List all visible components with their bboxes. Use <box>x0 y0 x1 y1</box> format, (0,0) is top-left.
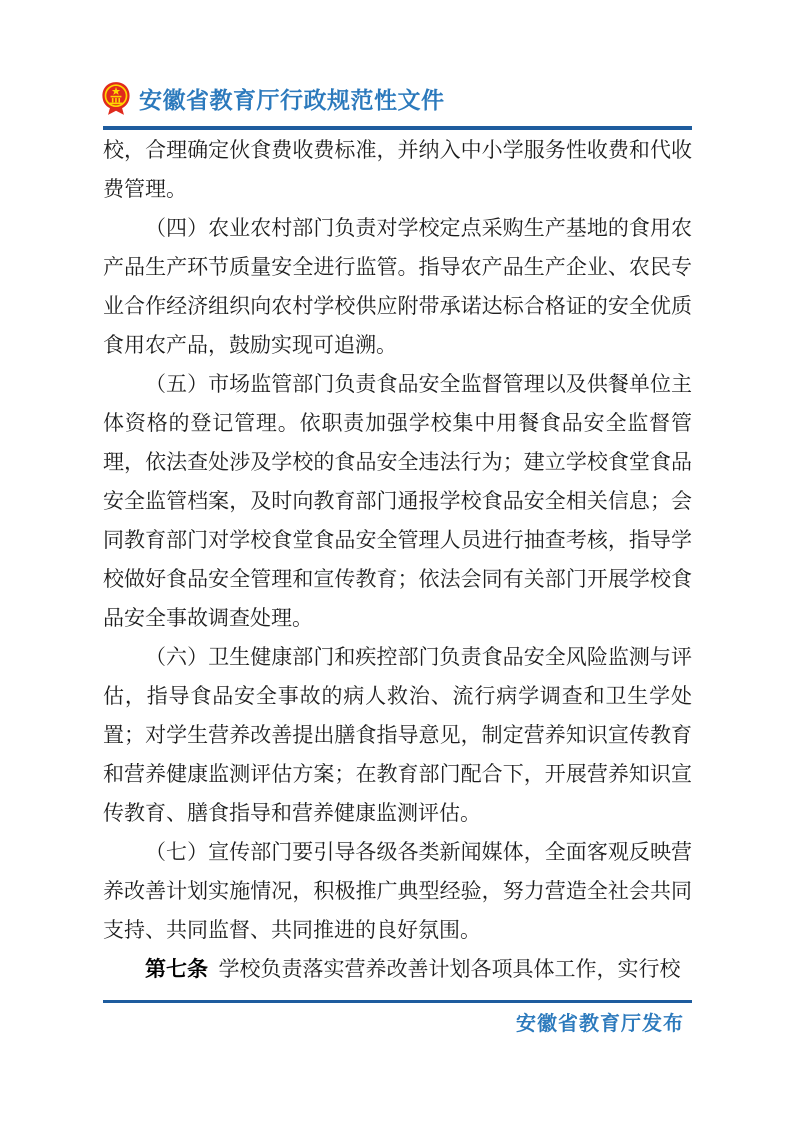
body-paragraph: 校，合理确定伙食费收费标准，并纳入中小学服务性收费和代收费管理。 <box>103 131 692 209</box>
body-paragraph: 第七条学校负责落实营养改善计划各项具体工作，实行校 <box>103 950 692 989</box>
document-body: 校，合理确定伙食费收费标准，并纳入中小学服务性收费和代收费管理。（四）农业农村部… <box>103 131 692 989</box>
footer-divider <box>103 1000 692 1003</box>
document-header: 安徽省教育厅行政规范性文件 <box>101 81 692 116</box>
body-paragraph: （六）卫生健康部门和疾控部门负责食品安全风险监测与评估，指导食品安全事故的病人救… <box>103 638 692 833</box>
header-divider <box>103 126 692 130</box>
publisher-label: 安徽省教育厅发布 <box>103 1007 684 1036</box>
article-number: 第七条 <box>145 957 208 981</box>
body-paragraph: （四）农业农村部门负责对学校定点采购生产基地的食用农产品生产环节质量安全进行监管… <box>103 209 692 365</box>
page-title: 安徽省教育厅行政规范性文件 <box>139 82 445 115</box>
document-page: 安徽省教育厅行政规范性文件 校，合理确定伙食费收费标准，并纳入中小学服务性收费和… <box>0 0 793 1122</box>
body-paragraph: （五）市场监管部门负责食品安全监督管理以及供餐单位主体资格的登记管理。依职责加强… <box>103 365 692 638</box>
body-paragraph: （七）宣传部门要引导各级各类新闻媒体，全面客观反映营养改善计划实施情况，积极推广… <box>103 833 692 950</box>
china-national-emblem-icon <box>101 81 131 116</box>
